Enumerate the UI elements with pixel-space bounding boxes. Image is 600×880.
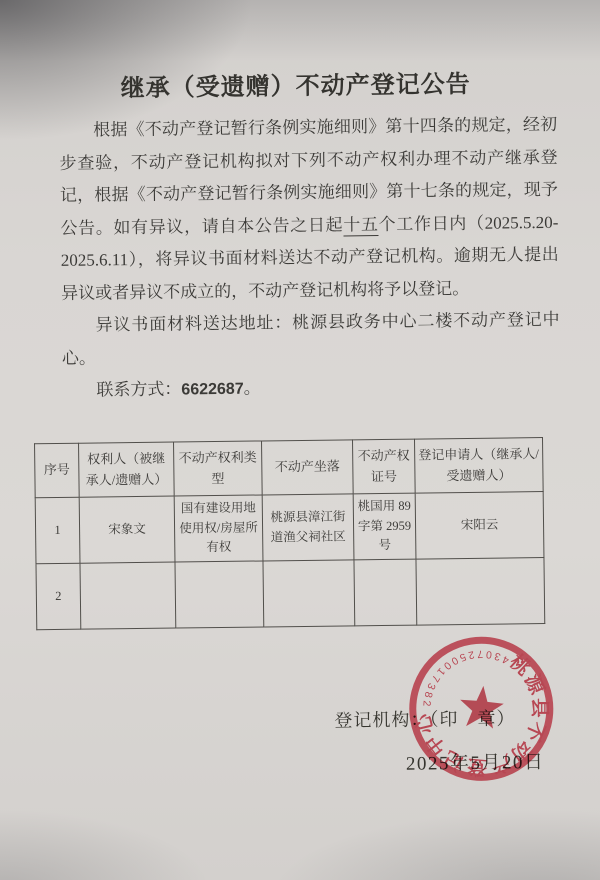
header-cell-holder: 权利人（被继承人/遗赠人） xyxy=(79,442,175,497)
paragraph-address: 异议书面材料送达地址：桃源县政务中心二楼不动产登记中心。 xyxy=(61,304,560,375)
page-title: 继承（受遗赠）不动产登记公告 xyxy=(0,62,596,104)
table-cell-right-type: 国有建设用地使用权/房屋所有权 xyxy=(174,495,263,562)
table-cell-applicant: 宋阳云 xyxy=(415,492,544,560)
header-cell-cert-no: 不动产权证号 xyxy=(353,439,416,494)
official-seal: 桃源县不动产登记中心 4307250017382 xyxy=(400,628,562,790)
table-cell-holder: 宋象文 xyxy=(79,496,175,563)
header-cell-right-type: 不动产权利类型 xyxy=(174,441,263,496)
announcement-body: 根据《不动产登记暂行条例实施细则》第十四条的规定，经初步查验，不动产登记机构拟对… xyxy=(59,109,561,409)
table-cell-cert-no xyxy=(354,559,417,626)
table-cell-index: 1 xyxy=(35,497,80,564)
contact-suffix: 。 xyxy=(244,378,261,397)
paragraph-main: 根据《不动产登记暂行条例实施细则》第十四条的规定，经初步查验，不动产登记机构拟对… xyxy=(59,109,559,310)
table-cell-applicant xyxy=(416,558,545,626)
deadline-underlined-text: 十五 xyxy=(343,215,379,236)
table-row: 1 宋象文 国有建设用地使用权/房屋所有权 桃源县漳江街道渔父祠社区 桃国用 8… xyxy=(35,492,544,564)
table-row: 2 xyxy=(36,558,545,630)
registration-table: 序号 权利人（被继承人/遗赠人） 不动产权利类型 不动产坐落 不动产权证号 登记… xyxy=(34,437,545,630)
table-cell-holder xyxy=(80,562,176,629)
announcement-document: 继承（受遗赠）不动产登记公告 根据《不动产登记暂行条例实施细则》第十四条的规定，… xyxy=(0,0,600,880)
header-cell-index: 序号 xyxy=(35,443,80,498)
header-cell-applicant: 登记申请人（继承人/受遗赠人） xyxy=(414,438,543,494)
table-header-row: 序号 权利人（被继承人/遗赠人） 不动产权利类型 不动产坐落 不动产权证号 登记… xyxy=(35,438,544,498)
contact-number: 6622687 xyxy=(181,381,243,399)
table-cell-index: 2 xyxy=(36,563,81,630)
paper-page: 继承（受遗赠）不动产登记公告 根据《不动产登记暂行条例实施细则》第十四条的规定，… xyxy=(0,0,600,880)
paragraph-contact: 联系方式：6622687。 xyxy=(62,369,560,409)
table-cell-right-type xyxy=(175,561,264,628)
table-cell-location xyxy=(263,560,355,627)
seal-star-icon xyxy=(453,682,512,740)
table-cell-cert-no: 桃国用 89 字第 2959 号 xyxy=(353,493,416,560)
header-cell-location: 不动产坐落 xyxy=(262,440,354,495)
contact-label: 联系方式： xyxy=(96,379,181,399)
table-cell-location: 桃源县漳江街道渔父祠社区 xyxy=(262,494,354,561)
